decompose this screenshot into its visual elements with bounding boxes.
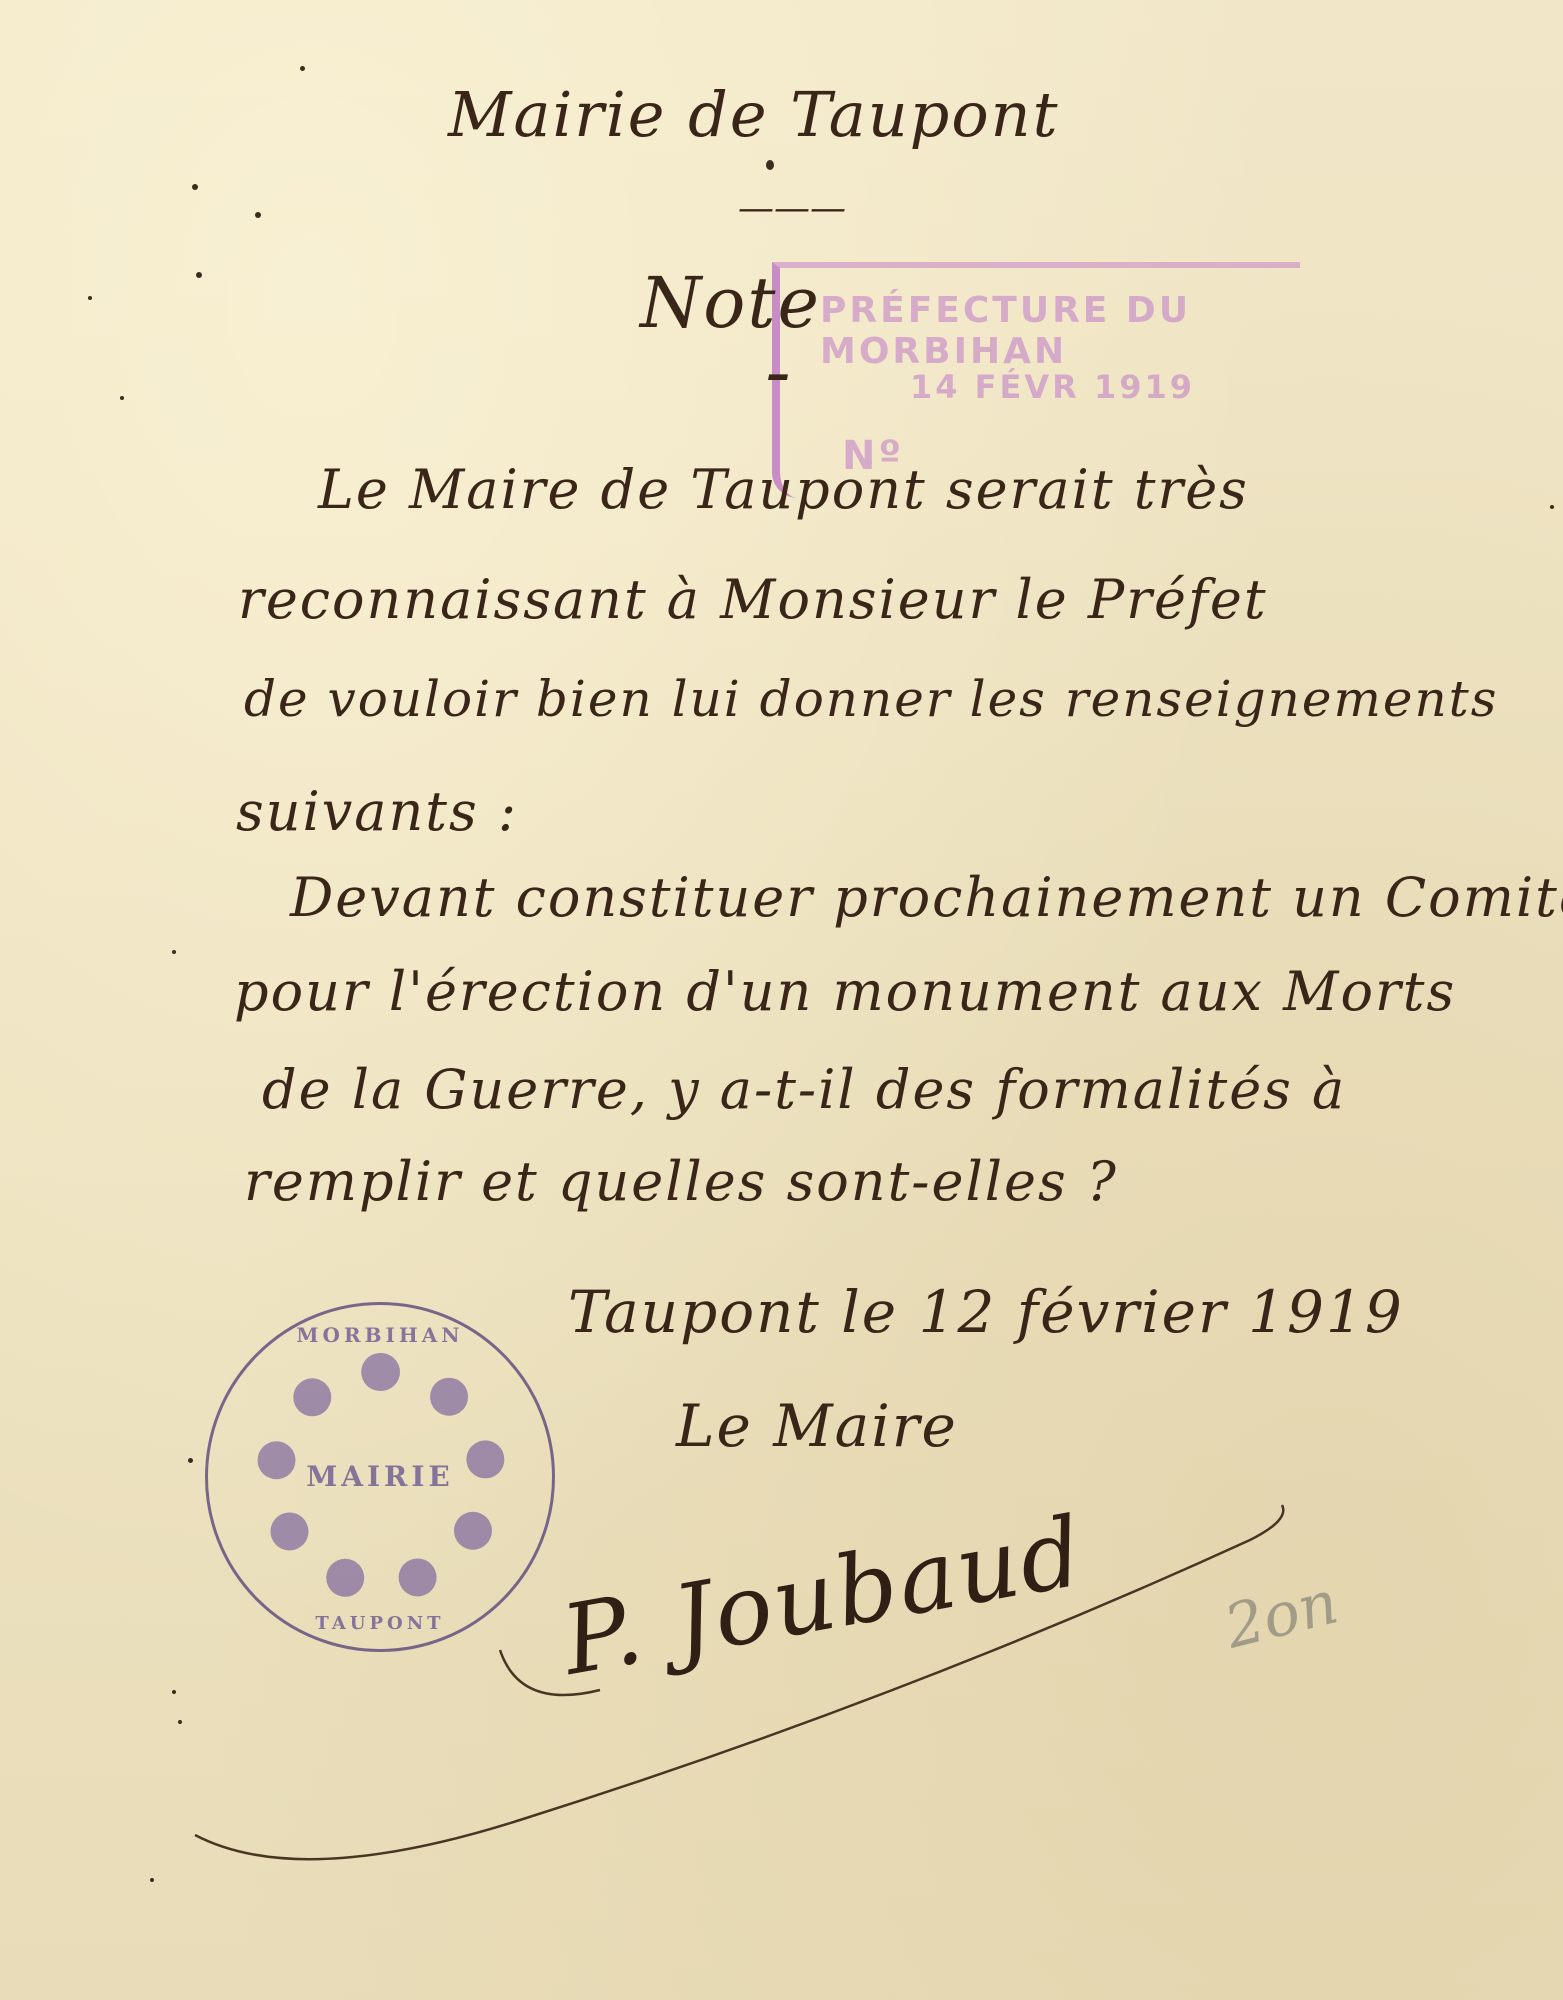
signature-flourish-lines	[0, 0, 1563, 2000]
